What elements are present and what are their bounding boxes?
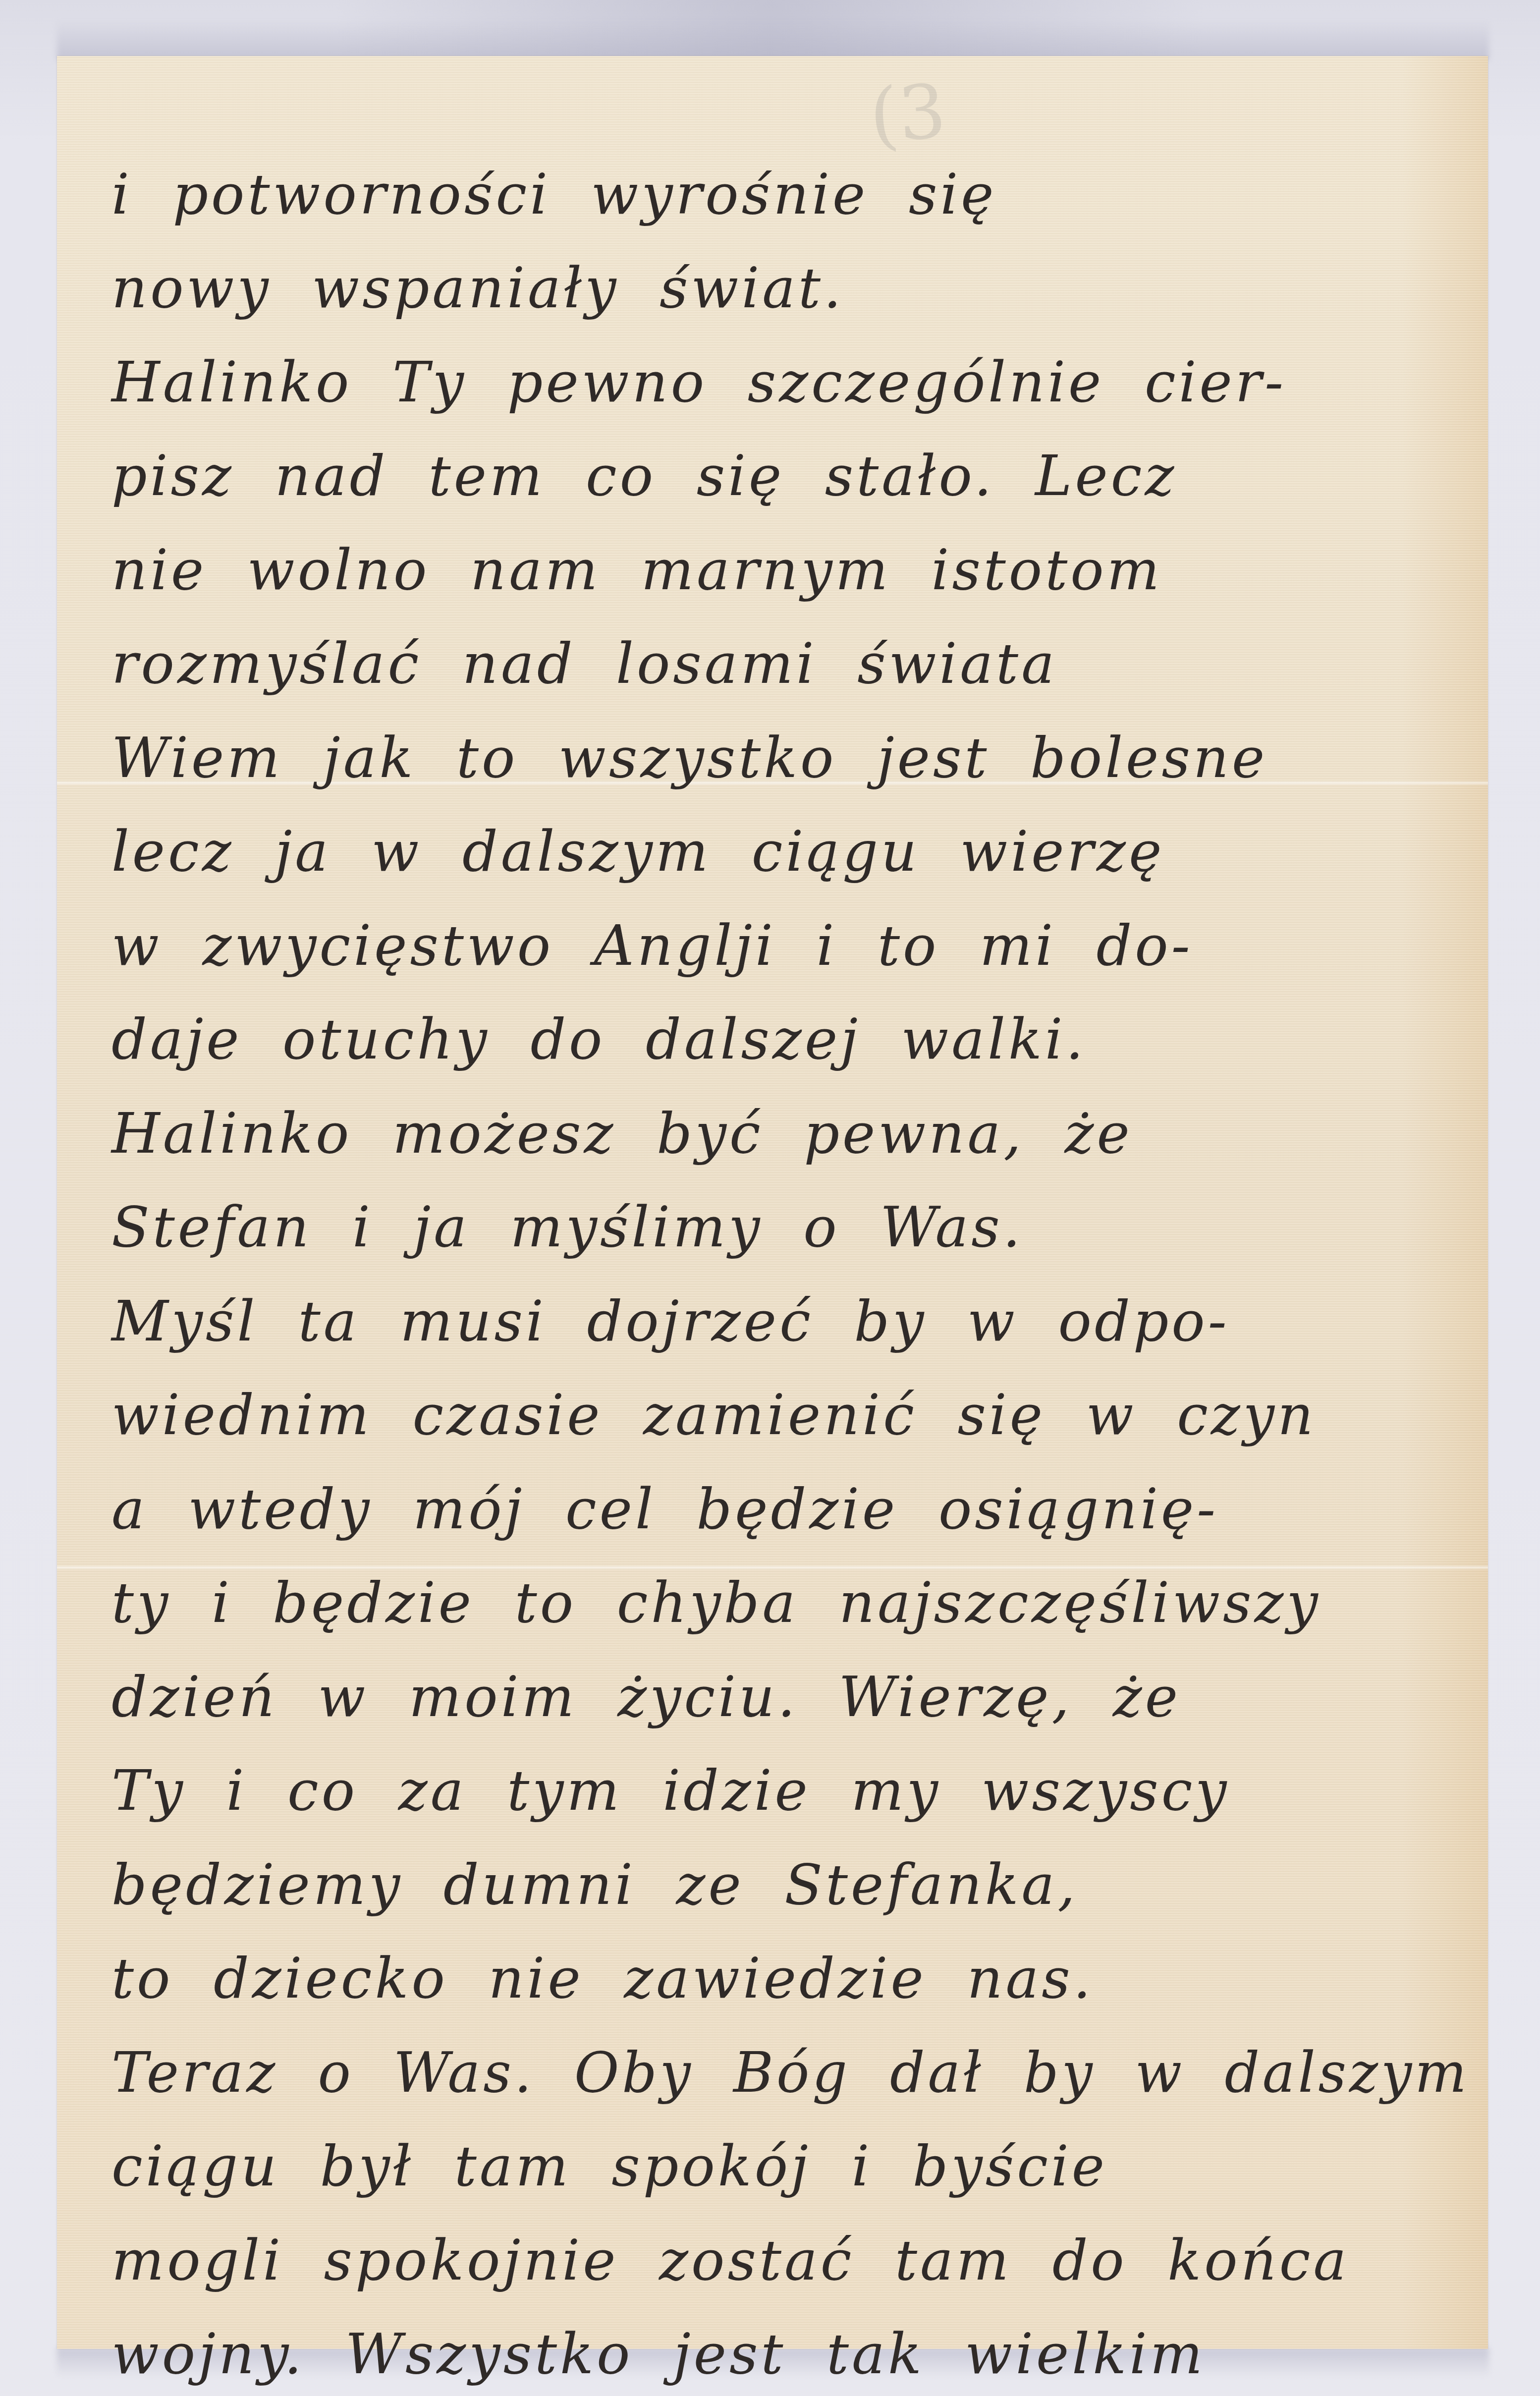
line-text: Halinko możesz być pewna, że <box>111 1102 1133 1166</box>
text-line: rozmyślać nad losami świata <box>111 603 1479 697</box>
text-line: i potworności wyrośnie się <box>111 133 1479 227</box>
text-line: Stefan i ja myślimy o Was. <box>111 1166 1479 1260</box>
line-text: ciągu był tam spokój i byście <box>111 2134 1107 2199</box>
line-text: ty i będzie to chyba najszczęśliwszy <box>111 1571 1321 1635</box>
line-text: pisz nad tem co się stało. Lecz <box>111 444 1177 508</box>
text-line: Wiem jak to wszystko jest bolesne <box>111 696 1479 790</box>
line-text: lecz ja w dalszym ciągu wierzę <box>111 820 1164 884</box>
line-text: Myśl ta musi dojrzeć by w odpo- <box>111 1289 1230 1354</box>
line-text: daje otuchy do dalszej walki. <box>111 1007 1086 1072</box>
line-text: rozmyślać nad losami świata <box>111 632 1057 696</box>
paper-shadow-top <box>57 20 1489 59</box>
line-text: to dziecko nie zawiedzie nas. <box>111 1947 1094 2011</box>
line-text: Teraz o Was. Oby Bóg dał by w dalszym <box>111 2041 1470 2105</box>
line-text: Wiem jak to wszystko jest bolesne <box>111 726 1267 790</box>
line-text: Halinko Ty pewno szczególnie cier- <box>111 350 1286 415</box>
line-text: nowy wspaniały świat. <box>111 256 844 321</box>
text-line: wiednim czasie zamienić się w czyn <box>111 1354 1479 1448</box>
text-line: nie wolno nam marnym istotom <box>111 508 1479 603</box>
text-line: daje otuchy do dalszej walki. <box>111 978 1479 1072</box>
text-line: ty i będzie to chyba najszczęśliwszy <box>111 1542 1479 1636</box>
text-line: Ty i co za tym idzie my wszyscy <box>111 1729 1479 1824</box>
text-line: w zwycięstwo Anglji i to mi do- <box>111 884 1479 978</box>
text-line: a wtedy mój cel będzie osiągnię- <box>111 1448 1479 1542</box>
text-line: Myśl ta musi dojrzeć by w odpo- <box>111 1260 1479 1354</box>
text-line: lecz ja w dalszym ciągu wierzę <box>111 790 1479 885</box>
line-text: wiednim czasie zamienić się w czyn <box>111 1383 1316 1448</box>
line-text: mogli spokojnie zostać tam do końca <box>111 2229 1349 2293</box>
line-text: nie wolno nam marnym istotom <box>111 538 1162 603</box>
handwritten-text: i potworności wyrośnie się nowy wspaniał… <box>111 133 1479 2387</box>
text-line: pisz nad tem co się stało. Lecz <box>111 415 1479 509</box>
text-line: dzień w moim życiu. Wierzę, że <box>111 1635 1479 1729</box>
text-line: nowy wspaniały świat. <box>111 227 1479 321</box>
line-text: będziemy dumni ze Stefanka, <box>111 1853 1078 1917</box>
text-line: ciągu był tam spokój i byście <box>111 2105 1479 2199</box>
text-line: Halinko możesz być pewna, że <box>111 1072 1479 1166</box>
line-text: dzień w moim życiu. Wierzę, że <box>111 1665 1181 1729</box>
line-text: Ty i co za tym idzie my wszyscy <box>111 1759 1230 1823</box>
line-text: i potworności wyrośnie się <box>111 163 997 227</box>
line-text: wojny. Wszystko jest tak wielkim <box>111 2322 1206 2387</box>
line-text: a wtedy mój cel będzie osiągnię- <box>111 1477 1218 1542</box>
text-line: mogli spokojnie zostać tam do końca <box>111 2199 1479 2293</box>
line-text: w zwycięstwo Anglji i to mi do- <box>111 914 1193 978</box>
line-text: Stefan i ja myślimy o Was. <box>111 1195 1023 1260</box>
letter-page: (3 i potworności wyrośnie się nowy wspan… <box>57 56 1488 2349</box>
text-line: Teraz o Was. Oby Bóg dał by w dalszym <box>111 2011 1479 2105</box>
text-line: będziemy dumni ze Stefanka, <box>111 1823 1479 1917</box>
text-line: Halinko Ty pewno szczególnie cier- <box>111 321 1479 415</box>
text-line: to dziecko nie zawiedzie nas. <box>111 1917 1479 2011</box>
text-line: wojny. Wszystko jest tak wielkim <box>111 2293 1479 2387</box>
